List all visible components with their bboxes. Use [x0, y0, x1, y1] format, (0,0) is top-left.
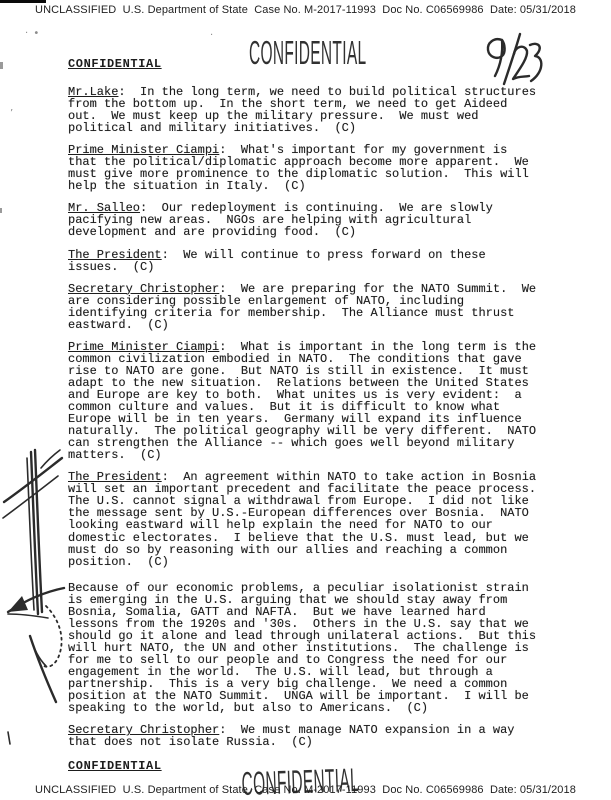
speaker-name: Secretary Christopher [68, 282, 219, 296]
paragraph: Secretary Christopher: We must manage NA… [68, 724, 554, 748]
speaker-name: Mr.Lake [68, 85, 118, 99]
speaker-name: Prime Minister Ciampi [68, 340, 219, 354]
scan-speckle: · [210, 30, 213, 41]
paragraph: Secretary Christopher: We are preparing … [68, 283, 554, 331]
paragraph: Because of our economic problems, a pecu… [68, 582, 554, 715]
scan-edge-mark [0, 62, 3, 69]
speaker-name: Secretary Christopher [68, 723, 219, 737]
paragraph: Mr.Lake: In the long term, we need to bu… [68, 86, 554, 134]
classification-header: CONFIDENTIAL [68, 57, 162, 71]
paragraph: The President: An agreement within NATO … [68, 471, 554, 567]
declassification-banner-top: UNCLASSIFIED U.S. Department of State Ca… [0, 4, 611, 16]
speaker-name: The President [68, 248, 162, 262]
scan-speckle: · • [25, 28, 39, 39]
handwritten-page-number: 9/23 [482, 32, 554, 90]
paragraph: Prime Minister Ciampi: What's important … [68, 144, 554, 192]
paragraph: The President: We will continue to press… [68, 249, 554, 273]
scan-edge-mark [0, 208, 2, 213]
classification-footer: CONFIDENTIAL [68, 759, 162, 773]
document-body: Mr.Lake: In the long term, we need to bu… [68, 86, 554, 758]
handwritten-margin-marks [0, 438, 90, 750]
speaker-name: Prime Minister Ciampi [68, 143, 219, 157]
paragraph: Mr. Salleo: Our redeployment is continui… [68, 202, 554, 238]
paragraph: Prime Minister Ciampi: What is important… [68, 341, 554, 461]
document-page: UNCLASSIFIED U.S. Department of State Ca… [0, 0, 611, 800]
confidential-stamp-top: CONFIDENTIAL [249, 35, 366, 73]
speaker-name: Mr. Salleo [68, 201, 140, 215]
scan-speckle: ’ [10, 108, 13, 119]
declassification-banner-bottom: UNCLASSIFIED U.S. Department of State Ca… [0, 784, 611, 796]
scan-artifact-bar [0, 0, 46, 3]
